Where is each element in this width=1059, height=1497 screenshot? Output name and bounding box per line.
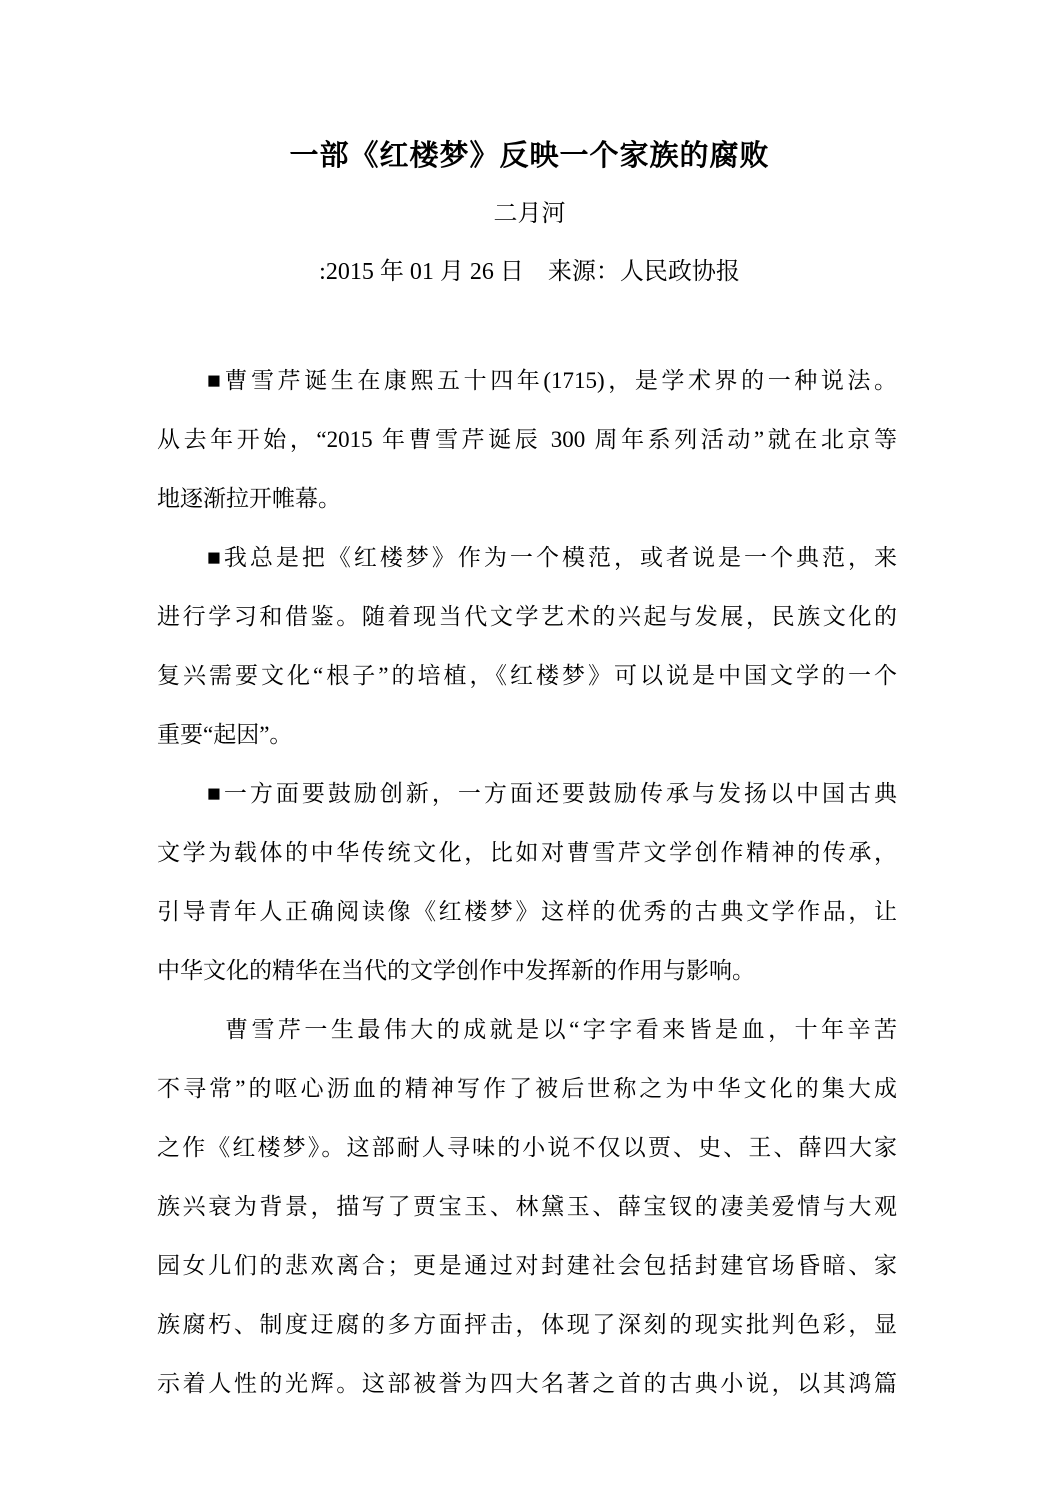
- text-line: 地逐渐拉开帷幕。: [157, 469, 897, 528]
- text-line: 曹雪芹一生最伟大的成就是以“字字看来皆是血，十年辛苦: [157, 1000, 897, 1059]
- text-line: 示着人性的光辉。这部被誉为四大名著之首的古典小说，以其鸿篇: [157, 1354, 897, 1413]
- paragraph-1: ■曹雪芹诞生在康熙五十四年(1715)，是学术界的一种说法。 从去年开始，“20…: [157, 351, 897, 528]
- text-line: 族兴衰为背景，描写了贾宝玉、林黛玉、薛宝钗的凄美爱情与大观: [157, 1177, 897, 1236]
- text-line: 族腐朽、制度迂腐的多方面抨击，体现了深刻的现实批判色彩，显: [157, 1295, 897, 1354]
- text-line: 中华文化的精华在当代的文学创作中发挥新的作用与影响。: [157, 941, 897, 1000]
- text-line: 引导青年人正确阅读像《红楼梦》这样的优秀的古典文学作品，让: [157, 882, 897, 941]
- text-line: 园女儿们的悲欢离合；更是通过对封建社会包括封建官场昏暗、家: [157, 1236, 897, 1295]
- text-line: ■曹雪芹诞生在康熙五十四年(1715)，是学术界的一种说法。: [157, 351, 897, 410]
- page-title: 一部《红楼梦》反映一个家族的腐败: [0, 127, 1059, 185]
- paragraph-4: 曹雪芹一生最伟大的成就是以“字字看来皆是血，十年辛苦 不寻常”的呕心沥血的精神写…: [157, 1000, 897, 1413]
- text-line: 进行学习和借鉴。随着现当代文学艺术的兴起与发展，民族文化的: [157, 587, 897, 646]
- text-line: 重要“起因”。: [157, 705, 897, 764]
- text-line: ■我总是把《红楼梦》作为一个模范，或者说是一个典范，来: [157, 528, 897, 587]
- paragraph-2: ■我总是把《红楼梦》作为一个模范，或者说是一个典范，来 进行学习和借鉴。随着现当…: [157, 528, 897, 764]
- author-line: 二月河: [0, 185, 1059, 243]
- text-line: 从去年开始，“2015 年曹雪芹诞辰 300 周年系列活动”就在北京等: [157, 410, 897, 469]
- text-line: ■一方面要鼓励创新，一方面还要鼓励传承与发扬以中国古典: [157, 764, 897, 823]
- paragraph-3: ■一方面要鼓励创新，一方面还要鼓励传承与发扬以中国古典 文学为载体的中华传统文化…: [157, 764, 897, 1000]
- text-line: 不寻常”的呕心沥血的精神写作了被后世称之为中华文化的集大成: [157, 1059, 897, 1118]
- date-source-line: :2015 年 01 月 26 日 来源：人民政协报: [0, 243, 1059, 301]
- text-line: 文学为载体的中华传统文化，比如对曹雪芹文学创作精神的传承，: [157, 823, 897, 882]
- document-page: 一部《红楼梦》反映一个家族的腐败 二月河 :2015 年 01 月 26 日 来…: [0, 0, 1059, 1497]
- text-line: 复兴需要文化“根子”的培植，《红楼梦》可以说是中国文学的一个: [157, 646, 897, 705]
- article-body: ■曹雪芹诞生在康熙五十四年(1715)，是学术界的一种说法。 从去年开始，“20…: [157, 351, 897, 1413]
- text-line: 之作《红楼梦》。这部耐人寻味的小说不仅以贾、史、王、薛四大家: [157, 1118, 897, 1177]
